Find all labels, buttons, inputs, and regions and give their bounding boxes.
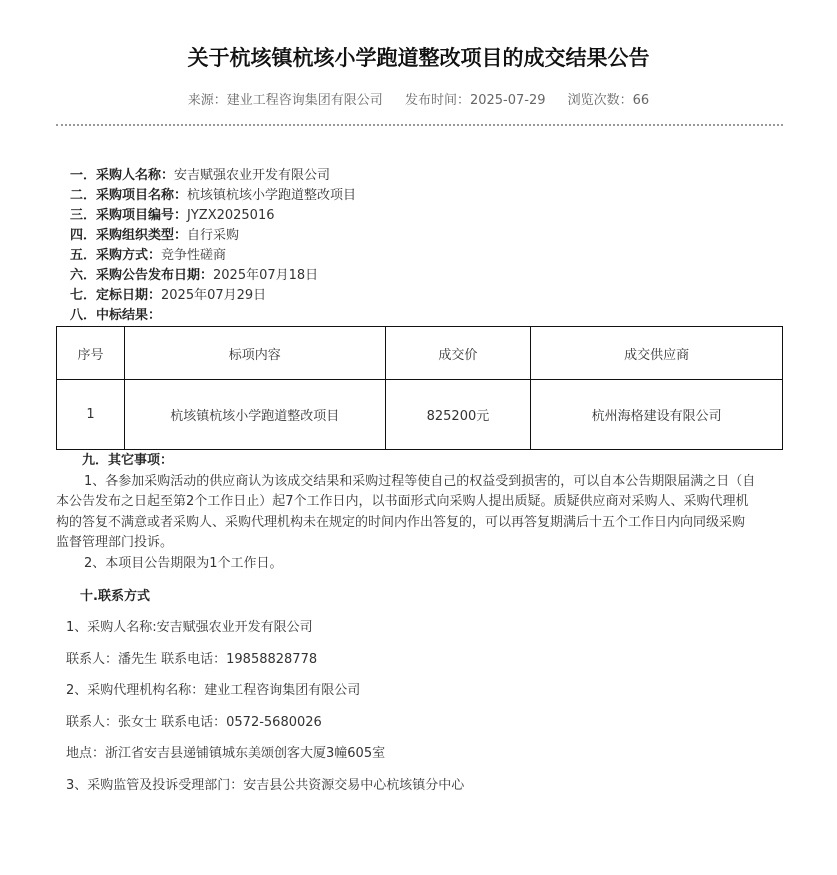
header-content: 标项内容 xyxy=(124,327,385,380)
header-supplier: 成交供应商 xyxy=(531,327,783,380)
header-index: 序号 xyxy=(57,327,125,380)
contact-purchaser-name: 1、采购人名称:安吉赋强农业开发有限公司 xyxy=(66,618,464,650)
table-header-row: 序号 标项内容 成交价 成交供应商 xyxy=(57,327,783,380)
contact-purchaser-person: 联系人：潘先生 联系电话：19858828778 xyxy=(66,650,464,682)
cell-supplier: 杭州海格建设有限公司 xyxy=(531,380,783,450)
table-row: 1 杭垓镇杭垓小学跑道整改项目 825200元 杭州海格建设有限公司 xyxy=(57,380,783,450)
procurement-info-list: 一．采购人名称：安吉赋强农业开发有限公司 二．采购项目名称：杭垓镇杭垓小学跑道整… xyxy=(70,166,356,326)
view-count: 浏览次数：66 xyxy=(568,93,650,108)
cell-index: 1 xyxy=(57,380,125,450)
other-matters-heading: 九．其它事项： xyxy=(56,451,796,472)
cell-price: 825200元 xyxy=(385,380,531,450)
info-method: 五．采购方式：竞争性磋商 xyxy=(70,246,356,266)
info-project-name: 二．采购项目名称：杭垓镇杭垓小学跑道整改项目 xyxy=(70,186,356,206)
award-result-table: 序号 标项内容 成交价 成交供应商 1 杭垓镇杭垓小学跑道整改项目 825200… xyxy=(56,326,783,450)
contact-agency-person: 联系人：张女士 联系电话：0572-5680026 xyxy=(66,713,464,745)
contact-heading: 十.联系方式 xyxy=(66,587,464,607)
contact-section: 十.联系方式 1、采购人名称:安吉赋强农业开发有限公司 联系人：潘先生 联系电话… xyxy=(66,587,464,808)
info-org-type: 四．采购组织类型：自行采购 xyxy=(70,226,356,246)
info-result-heading: 八．中标结果： xyxy=(70,306,356,326)
complaint-paragraph: 1、各参加采购活动的供应商认为该成交结果和采购过程等使自己的权益受到损害的，可以… xyxy=(56,472,756,554)
cell-content: 杭垓镇杭垓小学跑道整改项目 xyxy=(124,380,385,450)
contact-address: 地点：浙江省安吉县递铺镇城东美颂创客大厦3幢605室 xyxy=(66,744,464,776)
info-award-date: 七．定标日期：2025年07月29日 xyxy=(70,286,356,306)
info-project-number: 三．采购项目编号：JYZX2025016 xyxy=(70,206,356,226)
publish-time: 发布时间：2025-07-29 xyxy=(405,93,546,108)
page-title: 关于杭垓镇杭垓小学跑道整改项目的成交结果公告 xyxy=(0,42,837,72)
announcement-period-paragraph: 2、本项目公告期限为1个工作日。 xyxy=(56,554,796,575)
other-matters-section: 九．其它事项： 1、各参加采购活动的供应商认为该成交结果和采购过程等使自己的权益… xyxy=(56,451,796,574)
info-purchaser: 一．采购人名称：安吉赋强农业开发有限公司 xyxy=(70,166,356,186)
article-meta: 来源：建业工程咨询集团有限公司 发布时间：2025-07-29 浏览次数：66 xyxy=(0,89,837,108)
contact-supervision-dept: 3、采购监管及投诉受理部门：安吉县公共资源交易中心杭垓镇分中心 xyxy=(66,776,464,808)
source-label: 来源：建业工程咨询集团有限公司 xyxy=(188,93,383,108)
info-announce-date: 六．采购公告发布日期：2025年07月18日 xyxy=(70,266,356,286)
title-divider xyxy=(56,124,783,126)
header-price: 成交价 xyxy=(385,327,531,380)
contact-agency-name: 2、采购代理机构名称：建业工程咨询集团有限公司 xyxy=(66,681,464,713)
